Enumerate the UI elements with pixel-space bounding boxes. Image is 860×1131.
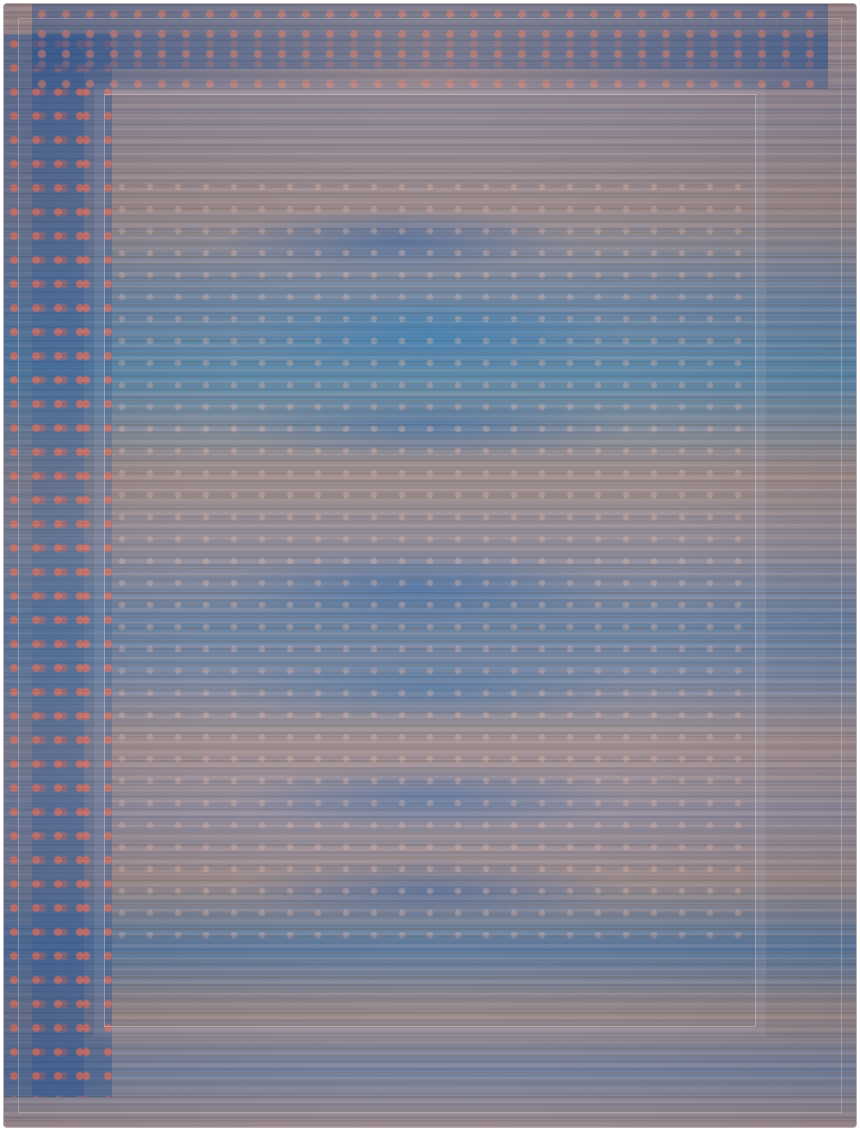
rug-photo: [4, 4, 856, 1127]
rug-shading: [4, 4, 856, 1127]
